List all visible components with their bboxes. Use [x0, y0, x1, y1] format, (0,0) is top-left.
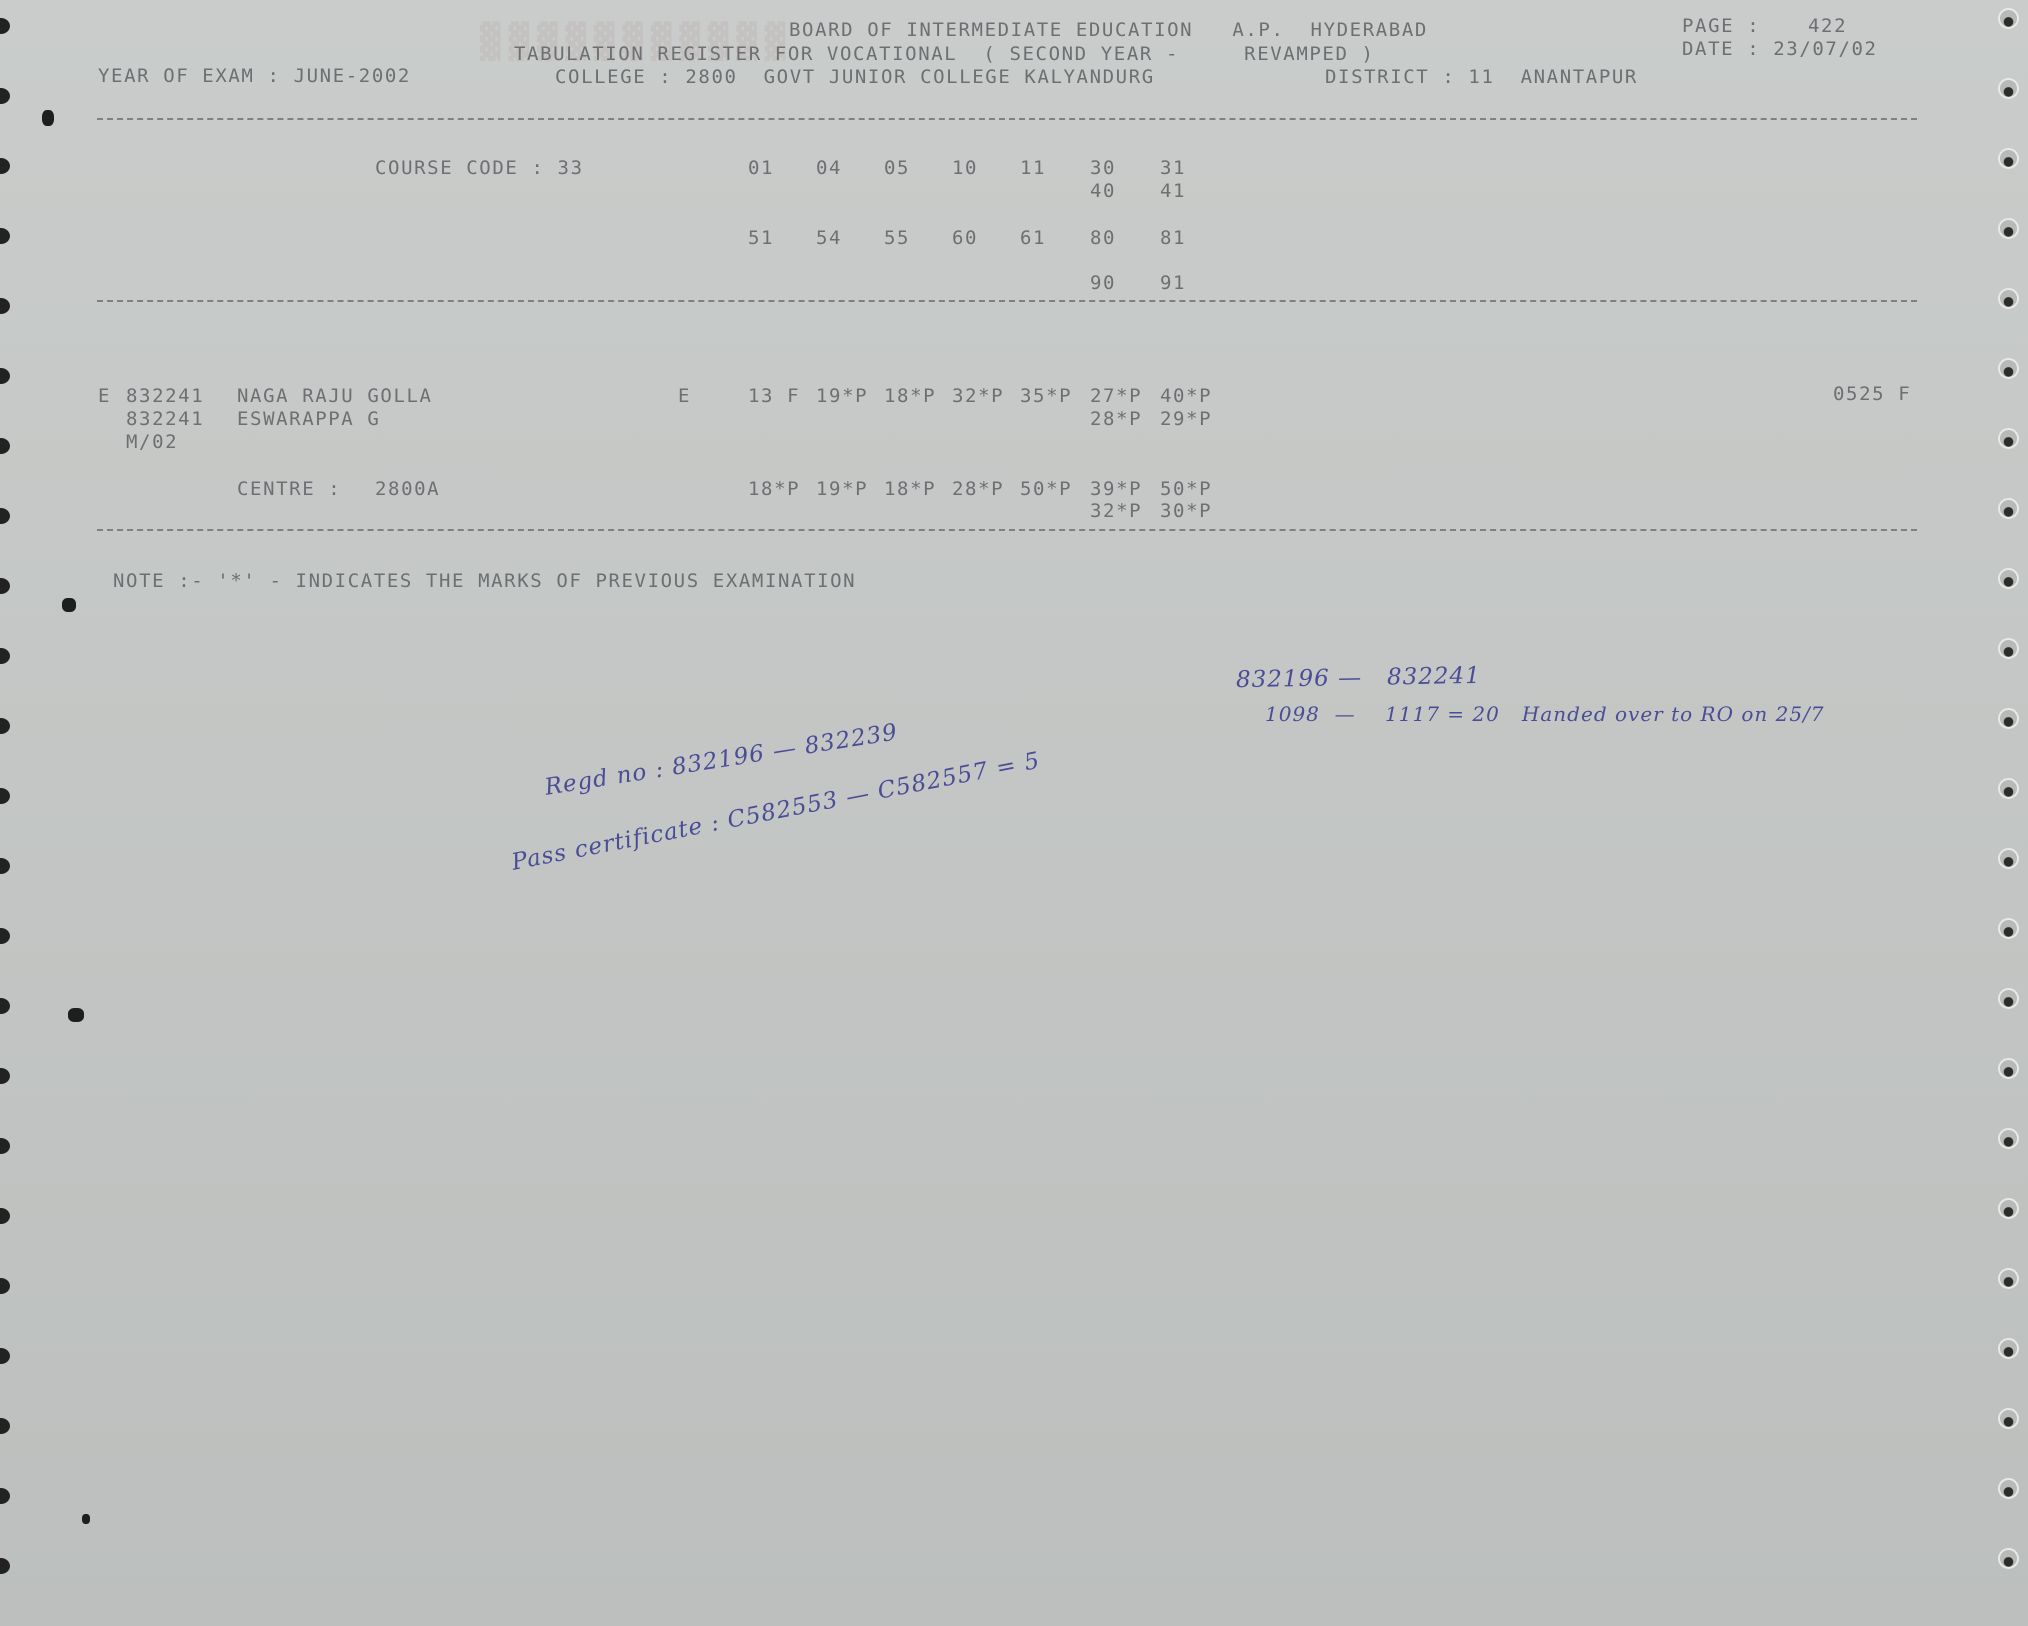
year-of-exam: YEAR OF EXAM : JUNE-2002: [98, 65, 411, 88]
subject-mark: 32*P: [952, 385, 1004, 408]
subject-mark: 13 F: [748, 385, 800, 408]
page-label: PAGE :: [1682, 15, 1760, 38]
centre-label: CENTRE :: [237, 478, 341, 501]
total-result: 0525 F: [1833, 383, 1911, 406]
college-info: COLLEGE : 2800 GOVT JUNIOR COLLEGE KALYA…: [555, 66, 1155, 89]
hall-ticket-number: 832241: [126, 385, 204, 408]
subject-code: 10: [952, 157, 978, 180]
subject-code: 30: [1090, 157, 1116, 180]
subject-code: 60: [952, 227, 978, 250]
divider: [97, 300, 1917, 302]
subject-mark: 28*P: [1090, 408, 1142, 431]
subject-code: 05: [884, 157, 910, 180]
candidate-category: M/02: [126, 431, 178, 454]
print-date: DATE : 23/07/02: [1682, 38, 1878, 61]
subject-code: 54: [816, 227, 842, 250]
footnote: NOTE :- '*' - INDICATES THE MARKS OF PRE…: [113, 570, 856, 593]
subject-mark: 40*P: [1160, 385, 1212, 408]
subject-code: 80: [1090, 227, 1116, 250]
subject-mark: 29*P: [1160, 408, 1212, 431]
subject-mark: 50*P: [1160, 478, 1212, 501]
divider: [97, 118, 1917, 120]
subject-mark: 19*P: [816, 478, 868, 501]
subject-code: 55: [884, 227, 910, 250]
subject-mark: 18*P: [884, 478, 936, 501]
board-title: BOARD OF INTERMEDIATE EDUCATION A.P. HYD…: [789, 19, 1428, 42]
subject-mark: 28*P: [952, 478, 1004, 501]
centre-code: 2800A: [375, 478, 440, 501]
subject-mark: 19*P: [816, 385, 868, 408]
medium: E: [678, 385, 691, 408]
subject-code: 40: [1090, 180, 1116, 203]
course-code: COURSE CODE : 33: [375, 157, 584, 180]
subject-code: 04: [816, 157, 842, 180]
tabulation-register-page: ▓▓▓▓▓▓▓▓▓▓▓ BOARD OF INTERMEDIATE EDUCAT…: [0, 0, 2028, 1626]
subject-mark: 35*P: [1020, 385, 1072, 408]
handwritten-range-1: 832196 — 832241: [1236, 663, 1481, 693]
father-name: ESWARAPPA G: [237, 408, 380, 431]
paper-speck: [82, 1514, 90, 1524]
subject-mark: 50*P: [1020, 478, 1072, 501]
subject-mark: 18*P: [748, 478, 800, 501]
subject-mark: 30*P: [1160, 500, 1212, 523]
paper-speck: [42, 110, 54, 126]
subject-code: 81: [1160, 227, 1186, 250]
registration-number: 832241: [126, 408, 204, 431]
page-number: 422: [1808, 15, 1847, 38]
subject-code: 11: [1020, 157, 1046, 180]
district-info: DISTRICT : 11 ANANTAPUR: [1325, 66, 1638, 89]
subject-code: 61: [1020, 227, 1046, 250]
subject-code: 01: [748, 157, 774, 180]
subject-code: 91: [1160, 272, 1186, 295]
paper-speck: [68, 1008, 84, 1022]
handwritten-range-2: 1098 — 1117 = 20 Handed over to RO on 25…: [1265, 702, 1825, 726]
subject-mark: 32*P: [1090, 500, 1142, 523]
paper-speck: [62, 598, 76, 612]
subject-mark: 18*P: [884, 385, 936, 408]
subject-code: 31: [1160, 157, 1186, 180]
subject-mark: 27*P: [1090, 385, 1142, 408]
register-title: TABULATION REGISTER FOR VOCATIONAL ( SEC…: [514, 43, 1375, 66]
subject-code: 51: [748, 227, 774, 250]
divider: [97, 529, 1917, 531]
subject-code: 41: [1160, 180, 1186, 203]
subject-code: 90: [1090, 272, 1116, 295]
candidate-name: NAGA RAJU GOLLA: [237, 385, 433, 408]
candidate-prefix: E: [98, 385, 111, 408]
subject-mark: 39*P: [1090, 478, 1142, 501]
